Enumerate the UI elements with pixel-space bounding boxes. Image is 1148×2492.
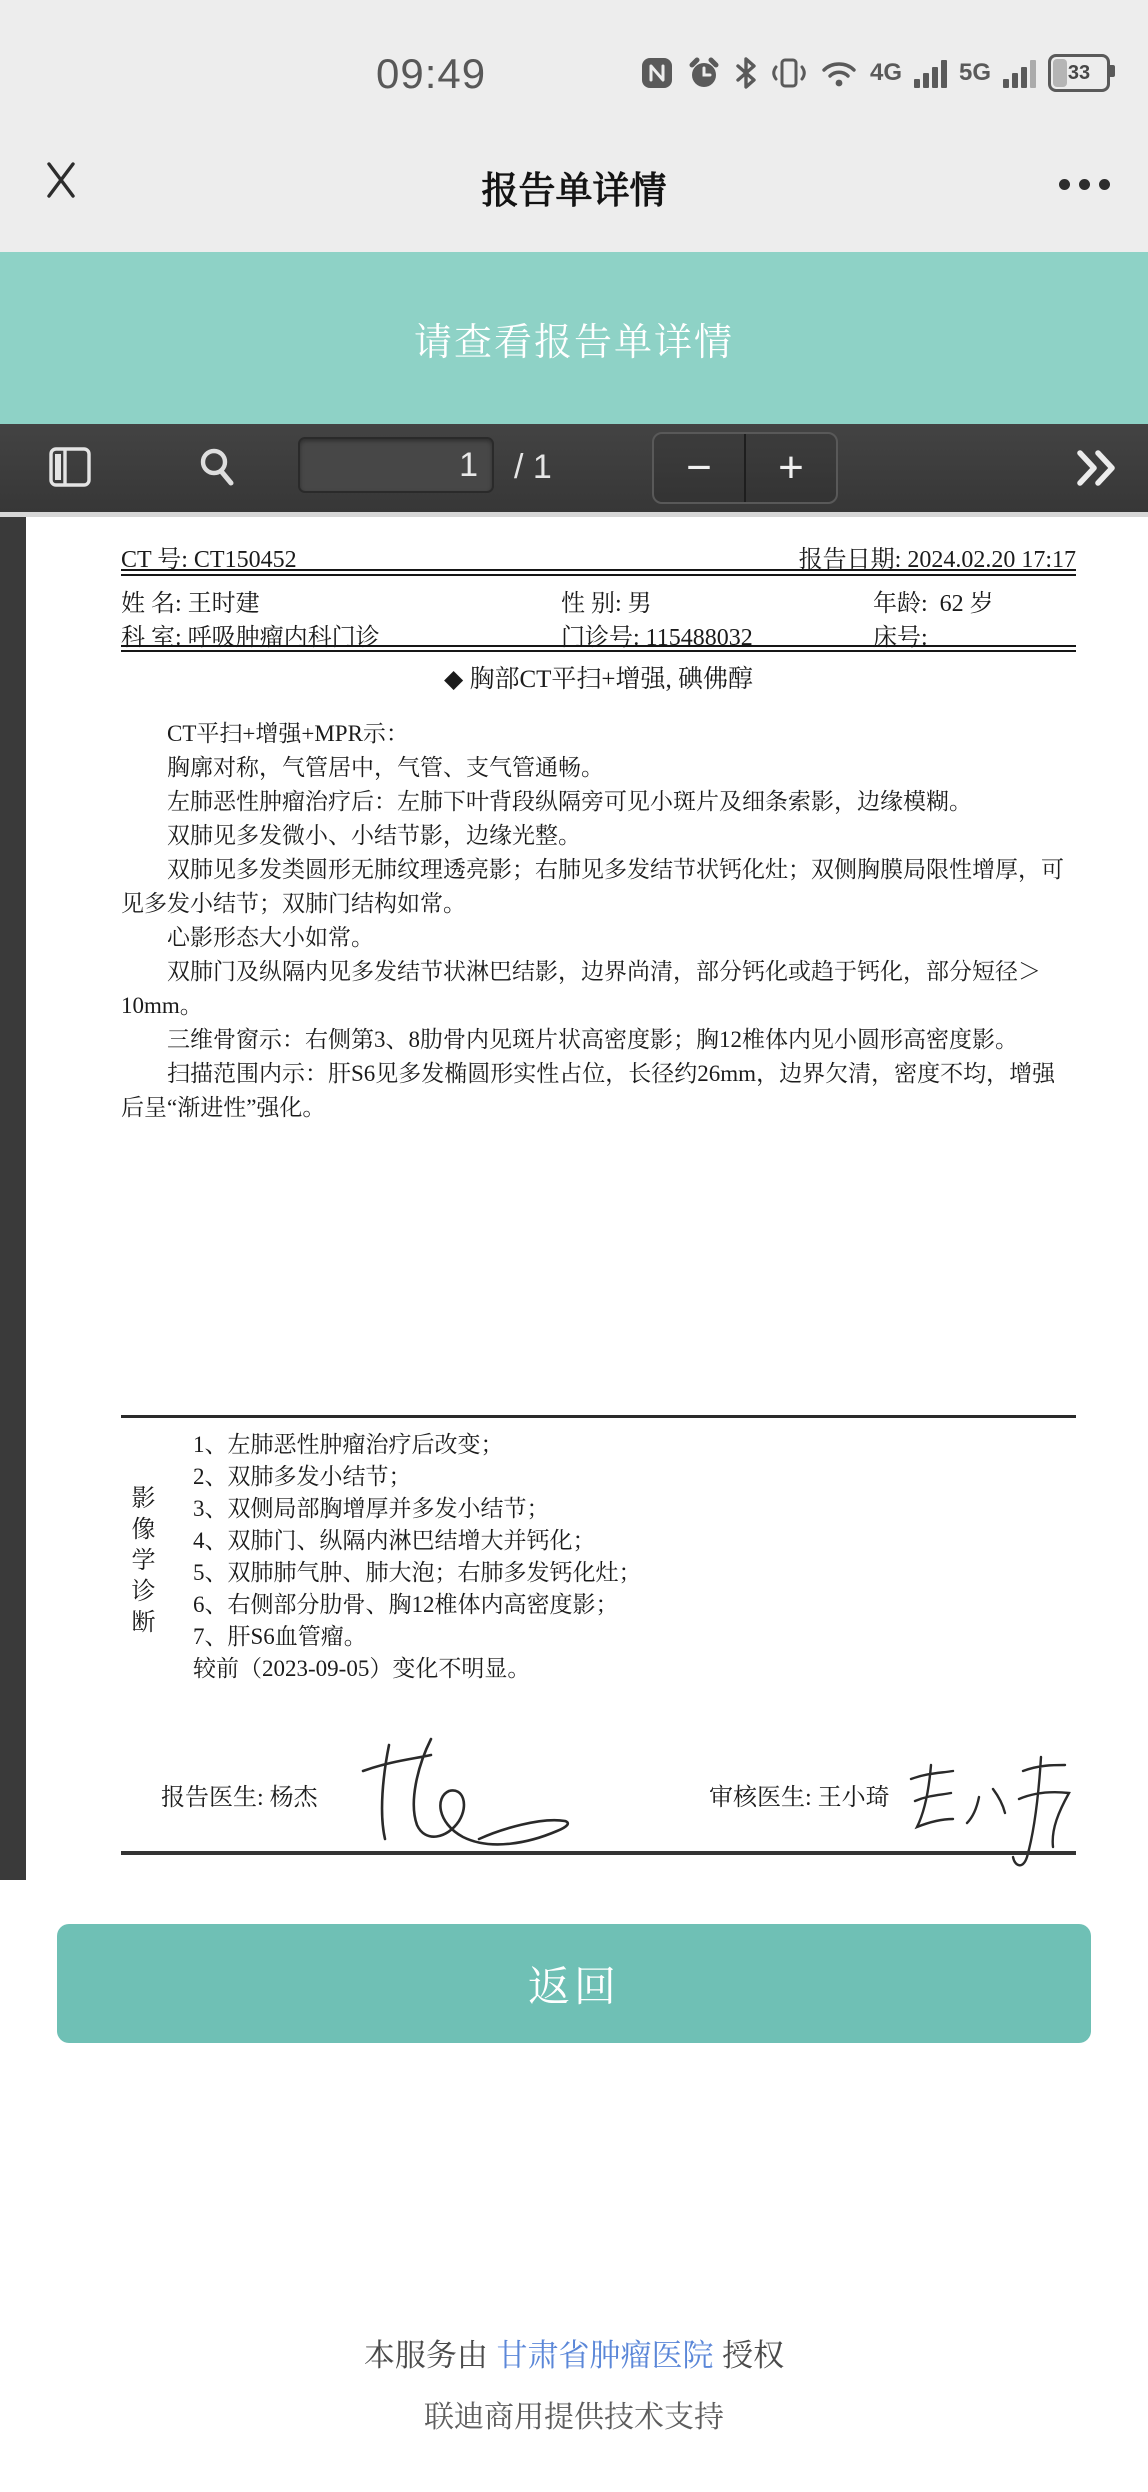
- meta-row-2: 姓 名: 王时建 性 别: 男 年龄: 62 岁: [121, 583, 1076, 615]
- pdf-page[interactable]: CT 号: CT150452 报告日期: 2024.02.20 17:17 姓 …: [26, 517, 1148, 1880]
- finding-line: 扫描范围内示：肝S6见多发椭圆形实性占位，长径约26mm，边界欠清，密度不均，增…: [121, 1057, 1076, 1125]
- vibrate-icon: [770, 56, 808, 90]
- network-type-4g: 4G: [870, 61, 902, 85]
- signature-row: 报告医生: 杨杰 审核医生: 王小琦: [121, 1763, 1076, 1873]
- zoom-controls: − +: [652, 432, 838, 504]
- diagnosis-section-label: 影像学诊断: [123, 1485, 158, 1640]
- sex-value: 男: [628, 591, 652, 617]
- status-bar: 09:49 4G 5G 33: [0, 0, 1148, 110]
- footer-provider: 联迪商用提供技术支持: [0, 2392, 1148, 2436]
- review-doctor-signature: [901, 1745, 1081, 1882]
- diagnosis-rule-top: [121, 1415, 1076, 1418]
- diagnosis-list: 1、左肺恶性肿瘤治疗后改变； 2、双肺多发小结节； 3、双侧局部胸增厚并多发小结…: [193, 1429, 1076, 1685]
- exam-title: ◆ 胸部CT平扫+增强, 碘佛醇: [121, 659, 1076, 695]
- sidebar-toggle-button[interactable]: [48, 446, 92, 493]
- footer-suffix: 授权: [714, 2338, 785, 2373]
- finding-line: 三维骨窗示：右侧第3、8肋骨内见斑片状高密度影；胸12椎体内见小圆形高密度影。: [121, 1023, 1076, 1057]
- pdf-toolbar: / 1 − +: [0, 424, 1148, 517]
- clock-time: 09:49: [376, 50, 486, 98]
- diagnosis-item: 较前（2023-09-05）变化不明显。: [193, 1653, 1076, 1685]
- ellipsis-icon: [1059, 179, 1070, 190]
- finding-line: CT平扫+增强+MPR示：: [121, 717, 1076, 751]
- finding-line: 左肺恶性肿瘤治疗后：左肺下叶背段纵隔旁可见小斑片及细条索影，边缘模糊。: [121, 785, 1076, 819]
- nfc-icon: [640, 56, 674, 90]
- finding-line: 心影形态大小如常。: [121, 921, 1076, 955]
- diagnosis-item: 1、左肺恶性肿瘤治疗后改变；: [193, 1429, 1076, 1461]
- title-bar: 报告单详情: [0, 110, 1148, 252]
- findings-section: CT平扫+增强+MPR示： 胸廓对称，气管居中，气管、支气管通畅。 左肺恶性肿瘤…: [121, 717, 1076, 1125]
- wifi-icon: [820, 57, 858, 89]
- rule-double-top: [121, 569, 1076, 576]
- notice-banner-text: 请查看报告单详情: [414, 311, 734, 366]
- signal-bars-icon-1: [914, 58, 947, 88]
- finding-line: 双肺见多发微小、小结节影，边缘光整。: [121, 819, 1076, 853]
- more-menu-button[interactable]: [1059, 172, 1110, 196]
- sex-label: 性 别:: [561, 591, 622, 617]
- battery-percent: 33: [1068, 62, 1090, 85]
- footer-prefix: 本服务由: [364, 2338, 497, 2373]
- finding-line: 双肺门及纵隔内见多发结节状淋巴结影，边界尚清，部分钙化或趋于钙化，部分短径＞10…: [121, 955, 1076, 1023]
- bluetooth-icon: [734, 56, 758, 90]
- network-type-5g: 5G: [959, 61, 991, 85]
- double-chevron-right-icon: [1074, 448, 1120, 488]
- review-doctor-name: 王小琦: [818, 1785, 890, 1811]
- diagnosis-item: 7、肝S6血管瘤。: [193, 1621, 1076, 1653]
- diagnosis-item: 3、双侧局部胸增厚并多发小结节；: [193, 1493, 1076, 1525]
- diagnosis-item: 6、右侧部分肋骨、胸12椎体内高密度影；: [193, 1589, 1076, 1621]
- page-title: 报告单详情: [0, 160, 1148, 214]
- footer-authorization: 本服务由 甘肃省肿瘤医院 授权: [0, 2330, 1148, 2375]
- rule-double-bottom: [121, 645, 1076, 652]
- age-label: 年龄:: [873, 591, 928, 617]
- report-doctor-label: 报告医生:: [161, 1785, 264, 1811]
- status-icon-cluster: 4G 5G 33: [640, 54, 1110, 92]
- zoom-in-button[interactable]: +: [746, 434, 836, 502]
- name-value: 王时建: [188, 591, 260, 617]
- age-value: 62 岁: [940, 591, 994, 617]
- toolbar-more-button[interactable]: [1074, 448, 1120, 493]
- back-button[interactable]: 返回: [57, 1924, 1091, 2043]
- diagnosis-item: 5、双肺肺气肿、肺大泡；右肺多发钙化灶；: [193, 1557, 1076, 1589]
- signal-bars-icon-2: [1003, 58, 1036, 88]
- report-doctor-name: 杨杰: [270, 1785, 318, 1811]
- battery-icon: 33: [1048, 54, 1110, 92]
- zoom-out-button[interactable]: −: [654, 434, 746, 502]
- document-bottom-rule: [121, 1851, 1076, 1855]
- screen: 09:49 4G 5G 33: [0, 0, 1148, 2492]
- review-doctor-label: 审核医生:: [709, 1785, 812, 1811]
- page-count-label: / 1: [514, 448, 552, 487]
- finding-line: 双肺见多发类圆形无肺纹理透亮影；右肺见多发结节状钙化灶；双侧胸膜局限性增厚，可见…: [121, 853, 1076, 921]
- page-number-input[interactable]: [298, 437, 494, 493]
- meta-row-1: CT 号: CT150452 报告日期: 2024.02.20 17:17: [121, 539, 1076, 571]
- finding-line: 胸廓对称，气管居中，气管、支气管通畅。: [121, 751, 1076, 785]
- diagnosis-item: 4、双肺门、纵隔内淋巴结增大并钙化；: [193, 1525, 1076, 1557]
- viewer-left-gutter: [0, 517, 26, 1880]
- notice-banner: 请查看报告单详情: [0, 252, 1148, 424]
- hospital-link[interactable]: 甘肃省肿瘤医院: [497, 2338, 714, 2373]
- report-doctor-signature: [351, 1727, 581, 1884]
- report-document: CT 号: CT150452 报告日期: 2024.02.20 17:17 姓 …: [121, 517, 1076, 1880]
- diagnosis-item: 2、双肺多发小结节；: [193, 1461, 1076, 1493]
- pdf-viewer: CT 号: CT150452 报告日期: 2024.02.20 17:17 姓 …: [0, 517, 1148, 1880]
- search-icon[interactable]: [196, 446, 240, 495]
- alarm-icon: [686, 56, 722, 90]
- back-button-label: 返回: [528, 1954, 620, 2014]
- name-label: 姓 名:: [121, 591, 182, 617]
